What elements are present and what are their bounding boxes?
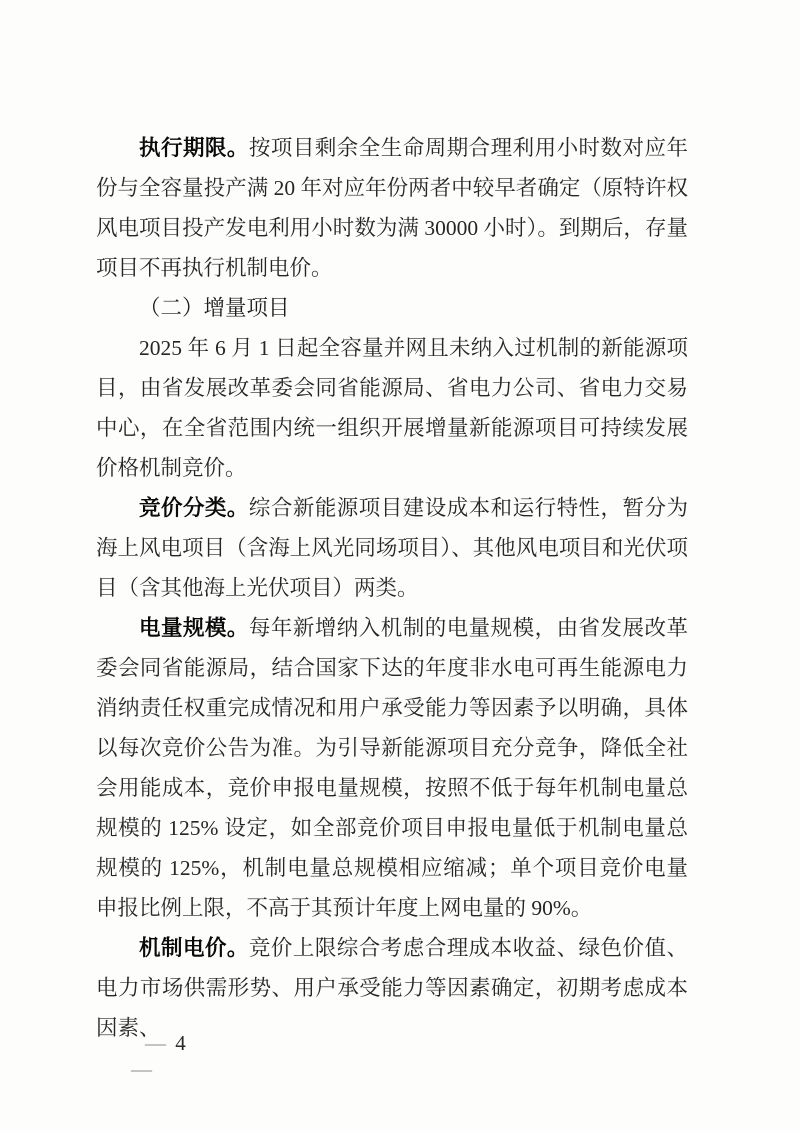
page-number-leading-dash: —	[145, 1031, 166, 1055]
page-number-value: 4	[175, 1031, 186, 1055]
document-page: 执行期限。按项目剩余全生命周期合理利用小时数对应年份与全容量投产满 20 年对应…	[0, 0, 800, 1131]
paragraph-execution-period: 执行期限。按项目剩余全生命周期合理利用小时数对应年份与全容量投产满 20 年对应…	[96, 128, 688, 288]
paragraph-text-electricity-volume: 每年新增纳入机制的电量规模，由省发展改革委会同省能源局，结合国家下达的年度非水电…	[96, 616, 688, 920]
paragraph-electricity-volume: 电量规模。每年新增纳入机制的电量规模，由省发展改革委会同省能源局，结合国家下达的…	[96, 608, 688, 928]
paragraph-lead-execution-period: 执行期限。	[139, 136, 249, 160]
page-number-trailing-dash: —	[131, 1058, 152, 1080]
section-heading-incremental-projects: （二）增量项目	[96, 288, 688, 328]
paragraph-lead-bidding-classification: 竞价分类。	[139, 496, 249, 520]
paragraph-incremental-intro: 2025 年 6 月 1 日起全容量并网且未纳入过机制的新能源项目，由省发展改革…	[96, 328, 688, 488]
page-footer: — 4 —	[0, 1030, 800, 1090]
paragraph-lead-mechanism-price: 机制电价。	[139, 936, 249, 960]
paragraph-text-incremental-intro: 2025 年 6 月 1 日起全容量并网且未纳入过机制的新能源项目，由省发展改革…	[96, 336, 688, 480]
page-number: — 4	[145, 1032, 186, 1054]
paragraph-bidding-classification: 竞价分类。综合新能源项目建设成本和运行特性，暂分为海上风电项目（含海上风光同场项…	[96, 488, 688, 608]
paragraph-lead-electricity-volume: 电量规模。	[139, 616, 249, 640]
document-body: 执行期限。按项目剩余全生命周期合理利用小时数对应年份与全容量投产满 20 年对应…	[96, 128, 688, 1048]
